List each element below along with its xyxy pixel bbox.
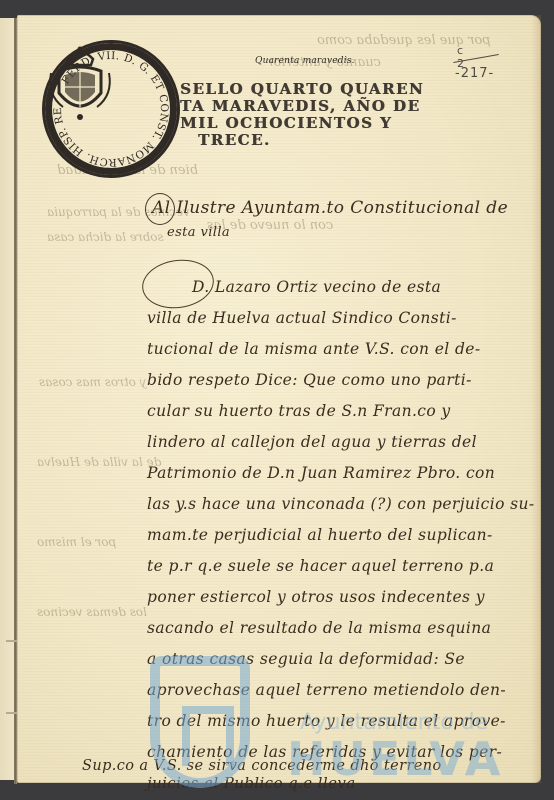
- stamped-paper-header: SELLO QUARTO QUAREN TA MARAVEDIS, AÑO DE…: [180, 81, 424, 149]
- royal-seal-stamp: FERD. VII. D. G. ET CONST. MONARCH. HISP…: [42, 40, 180, 178]
- bleed-through-text: de la villa de Huelva: [37, 455, 161, 469]
- manuscript-line: lindero al callejon del agua y tierras d…: [147, 433, 477, 451]
- manuscript-line: te p.r q.e suele se hacer aquel terreno …: [147, 557, 494, 575]
- manuscript-line: las y.s hace una vinconada (?) con perju…: [147, 495, 535, 513]
- stamp-line: MIL OCHOCIENTOS Y: [180, 115, 424, 132]
- bleed-through-text: por que les quedaba como: [317, 33, 491, 48]
- stamp-value-caption: Quarenta maravedis.: [255, 56, 355, 66]
- manuscript-line: mam.te perjudicial al huerto del suplica…: [147, 526, 493, 544]
- manuscript-line: bido respeto Dice: Que como uno parti-: [147, 371, 472, 389]
- manuscript-line: Patrimonio de D.n Juan Ramirez Pbro. con: [147, 464, 495, 482]
- manuscript-line: D. Lazaro Ortiz vecino de esta: [192, 278, 441, 296]
- manuscript-line: aprovechase aquel terreno metiendolo den…: [147, 681, 506, 699]
- bleed-through-text: sobre la dicha casa: [47, 230, 164, 244]
- folio-number: -217-: [455, 66, 494, 81]
- address-heading: esta villa: [167, 225, 230, 240]
- page-edge-shadow: [531, 15, 541, 783]
- manuscript-line: villa de Huelva actual Sindico Consti-: [147, 309, 457, 327]
- manuscript-page: por que les quedaba como cuanto y anteri…: [17, 15, 541, 783]
- manuscript-line: tro del mismo huerto y le resulta el apr…: [147, 712, 506, 730]
- bleed-through-text: los demas vecinos: [37, 605, 147, 619]
- manuscript-line: sacando el resultado de la misma esquina: [147, 619, 491, 637]
- coat-of-arms-icon: [45, 43, 115, 123]
- stamp-line: SELLO QUARTO QUAREN: [180, 81, 424, 98]
- manuscript-line: poner estiercol y otros usos indecentes …: [147, 588, 485, 606]
- stamp-line: TA MARAVEDIS, AÑO DE: [180, 98, 424, 115]
- manuscript-line: juicios al Publico q.e lleva: [147, 774, 356, 792]
- stamp-line: TRECE.: [180, 132, 424, 149]
- manuscript-line: Sup.co a V.S. se sirva concederme dho te…: [82, 758, 442, 774]
- bleed-through-text: por el mismo: [37, 535, 116, 549]
- manuscript-line: tucional de la misma ante V.S. con el de…: [147, 340, 481, 358]
- manuscript-line: a otras casas seguia la deformidad: Se: [147, 650, 465, 668]
- address-heading: Al Ilustre Ayuntam.to Constitucional de: [152, 198, 508, 218]
- manuscript-line: cular su huerto tras de S.n Fran.co y: [147, 402, 451, 420]
- bleed-through-text: y otros mas cosas: [39, 375, 147, 389]
